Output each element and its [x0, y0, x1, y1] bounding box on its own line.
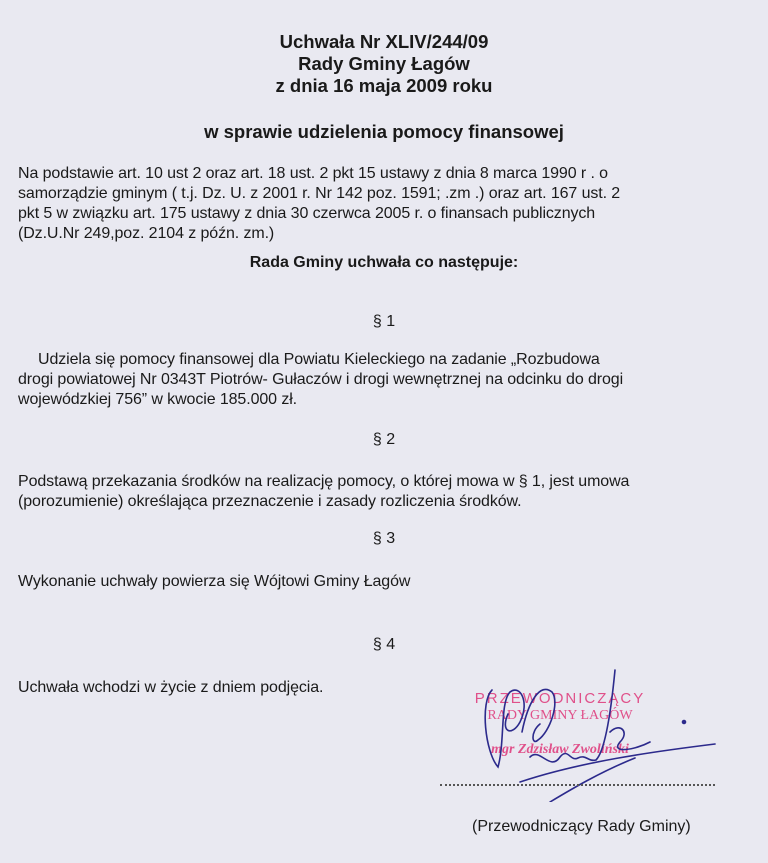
- signatory-role: (Przewodniczący Rady Gminy): [472, 818, 691, 836]
- section-mark-2: § 2: [0, 431, 768, 449]
- section-line: (porozumienie) określająca przeznaczenie…: [18, 492, 758, 512]
- enactment-clause: Rada Gminy uchwała co następuje:: [0, 254, 768, 272]
- legal-basis-line: pkt 5 w związku art. 175 ustawy z dnia 3…: [18, 204, 758, 224]
- resolution-number: Uchwała Nr XLIV/244/09: [0, 31, 768, 53]
- legal-basis-line: Na podstawie art. 10 ust 2 oraz art. 18 …: [18, 164, 758, 184]
- section-mark-3: § 3: [0, 530, 768, 548]
- resolution-header: Uchwała Nr XLIV/244/09 Rady Gminy Łagów …: [0, 31, 768, 97]
- section-line: wojewódzkiej 756” w kwocie 185.000 zł.: [18, 390, 758, 410]
- legal-basis-line: samorządzie gminym ( t.j. Dz. U. z 2001 …: [18, 184, 758, 204]
- resolution-date: z dnia 16 maja 2009 roku: [0, 75, 768, 97]
- legal-basis: Na podstawie art. 10 ust 2 oraz art. 18 …: [18, 164, 758, 244]
- section-1-text: Udziela się pomocy finansowej dla Powiat…: [18, 350, 758, 410]
- resolution-subject: w sprawie udzielenia pomocy finansowej: [0, 121, 768, 143]
- section-line: Podstawą przekazania środków na realizac…: [18, 472, 758, 492]
- signature-line: [440, 780, 715, 786]
- section-mark-1: § 1: [0, 313, 768, 331]
- section-line: Udziela się pomocy finansowej dla Powiat…: [18, 350, 758, 370]
- council-name: Rady Gminy Łagów: [0, 53, 768, 75]
- section-3-text: Wykonanie uchwały powierza się Wójtowi G…: [18, 572, 758, 592]
- section-line: drogi powiatowej Nr 0343T Piotrów- Gułac…: [18, 370, 758, 390]
- section-line: Wykonanie uchwały powierza się Wójtowi G…: [18, 572, 758, 592]
- section-2-text: Podstawą przekazania środków na realizac…: [18, 472, 758, 512]
- legal-basis-line: (Dz.U.Nr 249,poz. 2104 z późn. zm.): [18, 224, 758, 244]
- section-mark-4: § 4: [0, 636, 768, 654]
